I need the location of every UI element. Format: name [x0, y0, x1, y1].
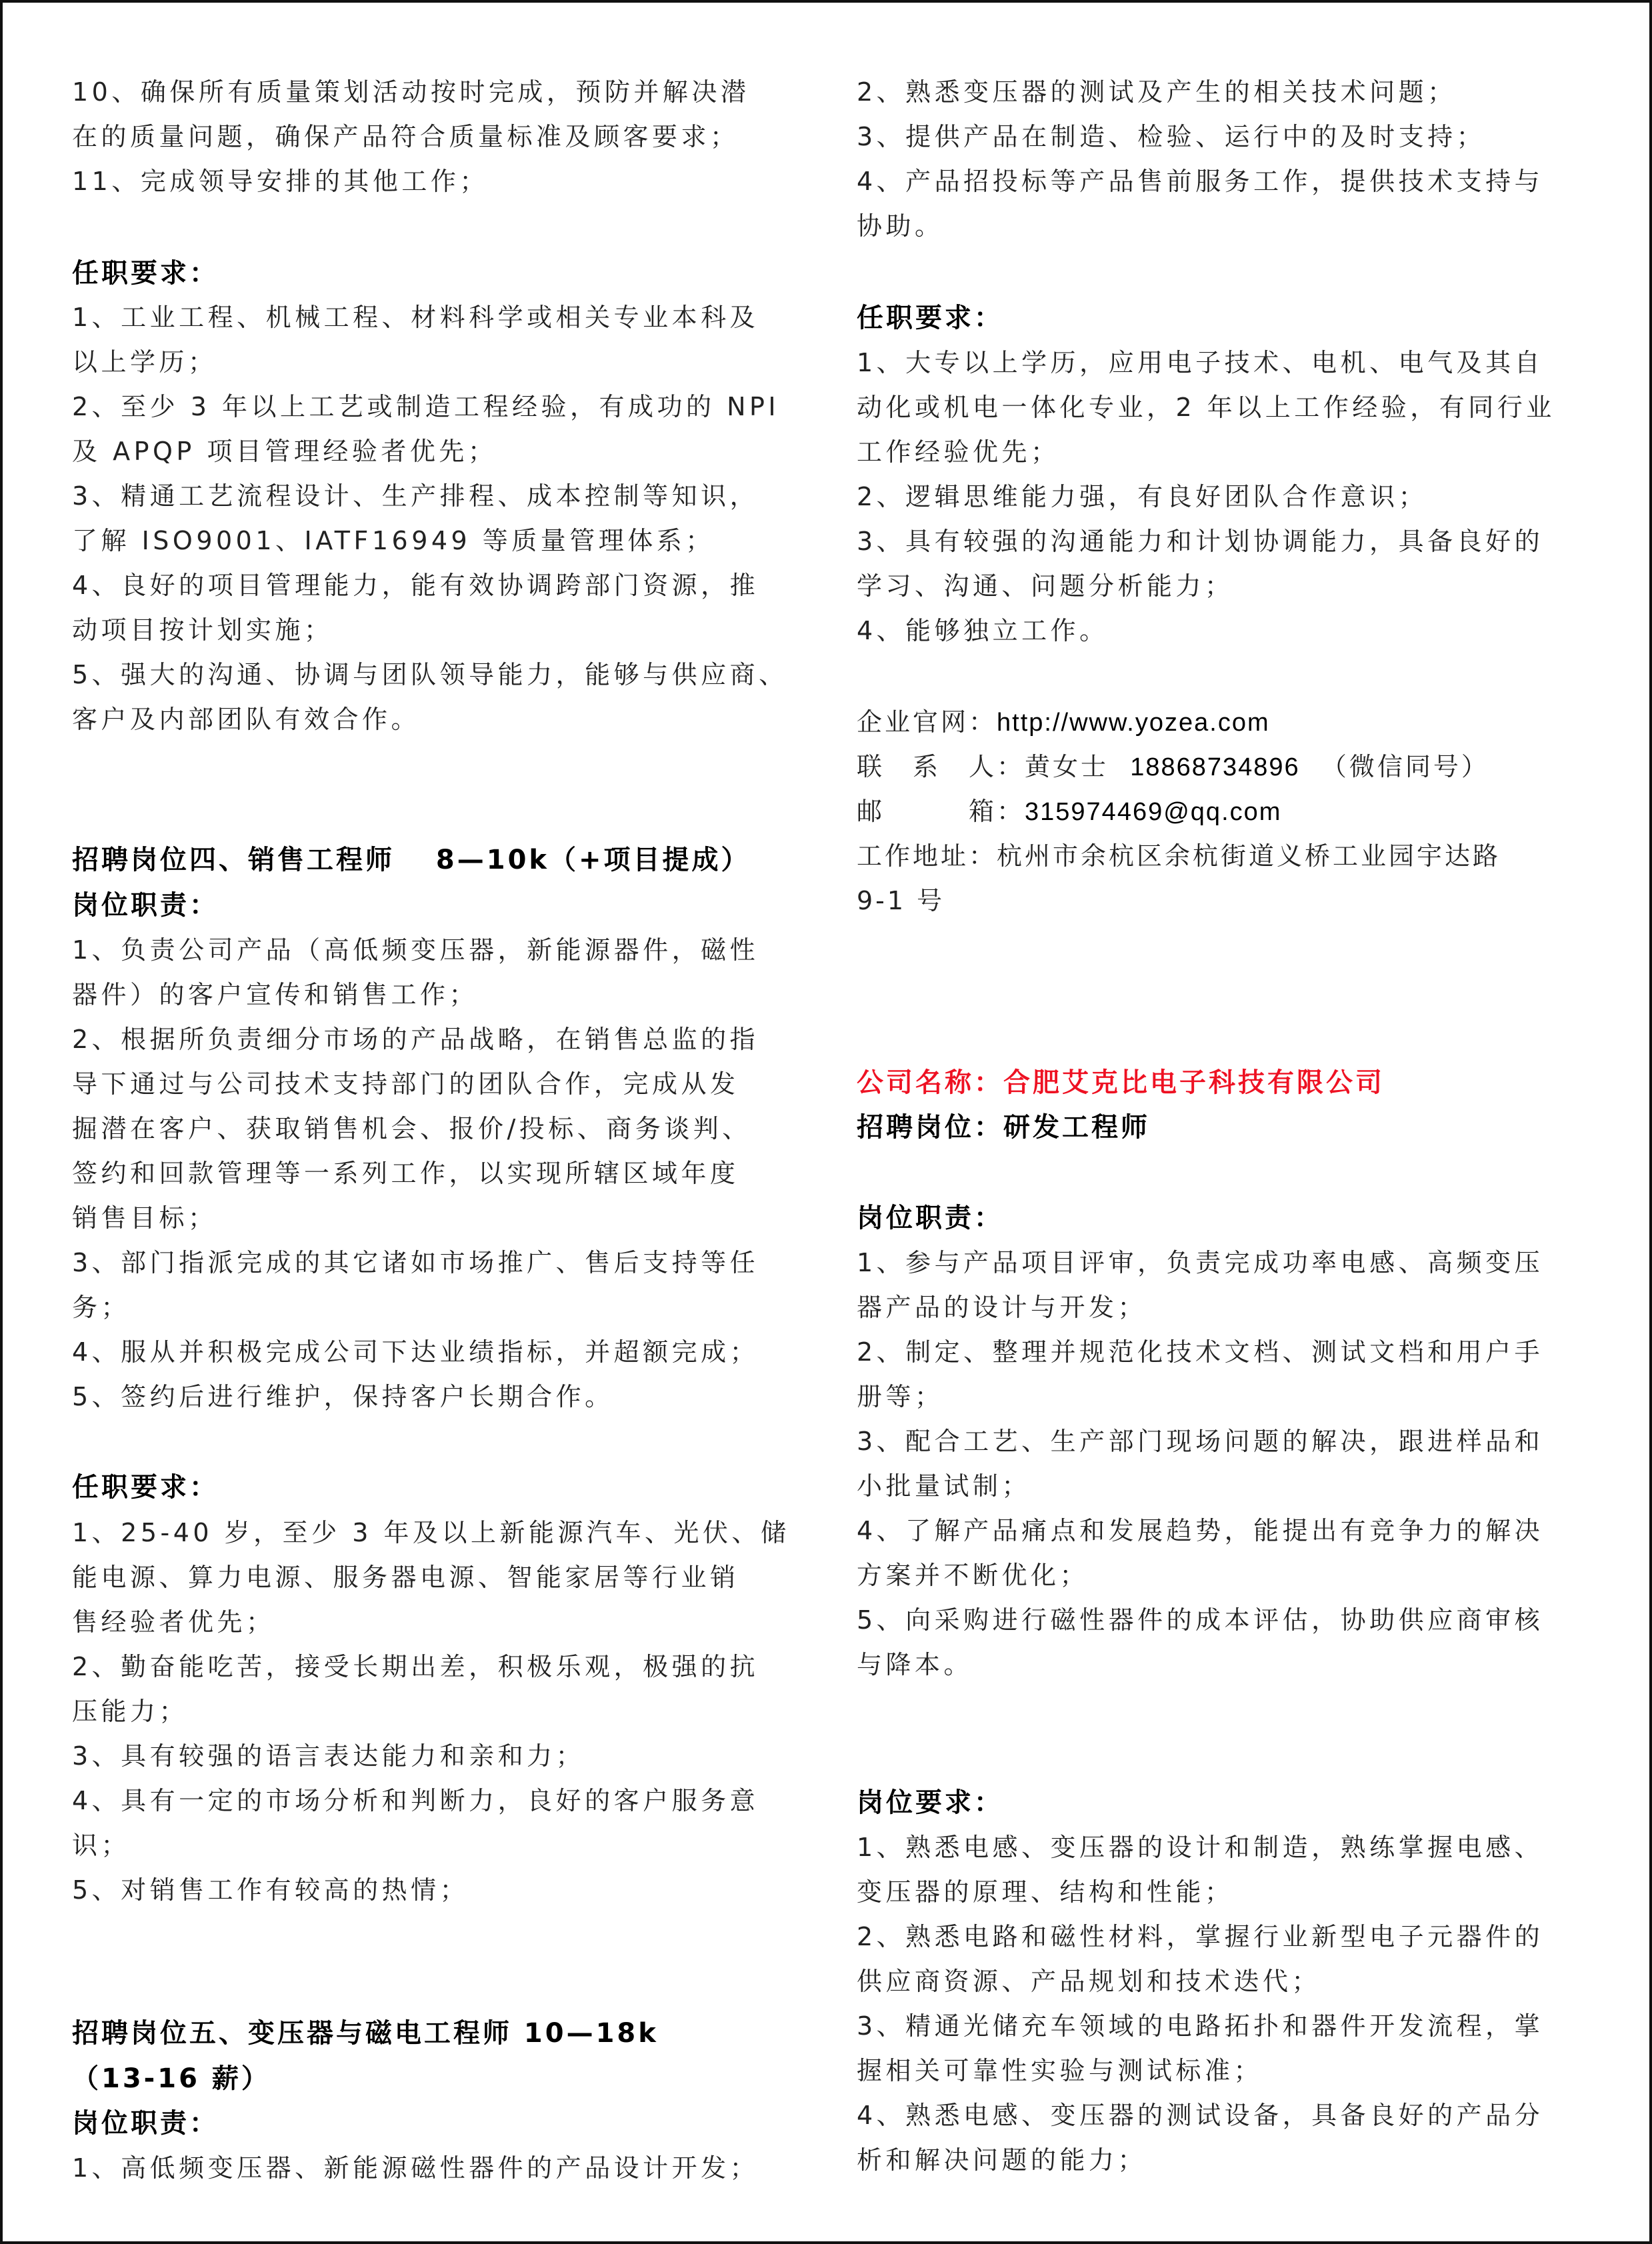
website-label: 企业官网： — [857, 707, 997, 737]
duty-line: 与降本。 — [857, 1648, 973, 1681]
requirement-line: 4、具有一定的市场分析和判断力，良好的客户服务意 — [72, 1784, 759, 1817]
contact-person-row: 联 系 人：黄女士 18868734896 （微信同号） — [857, 750, 1489, 784]
duty-line: 器件）的客户宣传和销售工作； — [72, 978, 478, 1011]
duty-line: 4、产品招投标等产品售前服务工作，提供技术支持与 — [857, 165, 1543, 198]
duty-line: 5、向采购进行磁性器件的成本评估，协助供应商审核 — [857, 1603, 1543, 1637]
requirement-line: 3、具有较强的沟通能力和计划协调能力，具备良好的 — [857, 525, 1543, 558]
website-link[interactable]: http://www.yozea.com — [997, 709, 1270, 737]
requirement-line: 识； — [72, 1829, 130, 1862]
duty-line: 10、确保所有质量策划活动按时完成，预防并解决潜 — [72, 75, 749, 109]
contact-address-row: 工作地址：杭州市余杭区余杭街道义桥工业园宇达路 — [857, 839, 1501, 873]
duty-line: 4、了解产品痛点和发展趋势，能提出有竞争力的解决 — [857, 1514, 1543, 1547]
requirement-line: 及 APQP 项目管理经验者优先； — [72, 435, 497, 468]
requirement-line: 4、熟悉电感、变压器的测试设备，具备良好的产品分 — [857, 2099, 1543, 2132]
section-heading-duties: 岗位职责： — [72, 2107, 219, 2140]
duty-line: 5、签约后进行维护，保持客户长期合作。 — [72, 1380, 614, 1413]
requirement-line: 客户及内部团队有效合作。 — [72, 703, 420, 736]
email-link[interactable]: 315974469@qq.com — [1025, 798, 1281, 826]
requirement-line: 能电源、算力电源、服务器电源、智能家居等行业销 — [72, 1561, 739, 1594]
company-name: 公司名称：合肥艾克比电子科技有限公司 — [857, 1066, 1385, 1099]
requirement-line: 2、熟悉电路和磁性材料，掌握行业新型电子元器件的 — [857, 1920, 1543, 1953]
duty-line: 册等； — [857, 1380, 944, 1413]
requirement-line: 3、精通工艺流程设计、生产排程、成本控制等知识， — [72, 479, 759, 513]
address-text-cont: 9-1 号 — [857, 886, 945, 915]
requirement-line: 5、强大的沟通、协调与团队领导能力，能够与供应商、 — [72, 658, 788, 691]
requirement-line: 1、熟悉电感、变压器的设计和制造，熟练掌握电感、 — [857, 1831, 1543, 1864]
position-title: 招聘岗位：研发工程师 — [857, 1111, 1150, 1144]
requirement-line: 5、对销售工作有较高的热情； — [72, 1873, 469, 1907]
contact-person-label: 联 系 人： — [857, 752, 1025, 781]
contact-phone[interactable]: 18868734896 — [1130, 753, 1299, 781]
position-5-salary-months: （13-16 薪） — [72, 2062, 271, 2095]
requirement-line: 2、逻辑思维能力强，有良好团队合作意识； — [857, 480, 1427, 513]
requirement-line: 1、工业工程、机械工程、材料科学或相关专业本科及 — [72, 301, 759, 334]
position-4-title: 招聘岗位四、销售工程师 8—10k（+项目提成） — [72, 843, 751, 877]
duty-line: 器产品的设计与开发； — [857, 1291, 1147, 1324]
duty-line: 1、参与产品项目评审，负责完成功率电感、高频变压 — [857, 1246, 1543, 1279]
duty-line: 方案并不断优化； — [857, 1559, 1089, 1592]
section-heading-requirements: 任职要求： — [72, 257, 219, 290]
requirement-line: 压能力； — [72, 1695, 188, 1728]
address-text: 杭州市余杭区余杭街道义桥工业园宇达路 — [997, 841, 1501, 871]
requirement-line: 工作经验优先； — [857, 435, 1060, 469]
requirement-line: 握相关可靠性实验与测试标准； — [857, 2054, 1263, 2087]
duty-line: 2、制定、整理并规范化技术文档、测试文档和用户手 — [857, 1335, 1543, 1369]
email-label: 邮 箱： — [857, 797, 1025, 826]
duty-line: 掘潜在客户、获取销售机会、报价/投标、商务谈判、 — [72, 1112, 751, 1145]
requirement-line: 2、勤奋能吃苦，接受长期出差，积极乐观，极强的抗 — [72, 1650, 759, 1683]
requirement-line: 售经验者优先； — [72, 1605, 275, 1639]
section-heading-duties: 岗位职责： — [857, 1201, 1003, 1235]
section-heading-duties: 岗位职责： — [72, 889, 219, 922]
requirement-line: 2、至少 3 年以上工艺或制造工程经验，有成功的 NPI — [72, 390, 779, 423]
duty-line: 3、部门指派完成的其它诸如市场推广、售后支持等任 — [72, 1246, 759, 1279]
section-heading-requirements: 任职要求： — [72, 1471, 219, 1504]
requirement-line: 动化或机电一体化专业，2 年以上工作经验，有同行业 — [857, 391, 1555, 424]
duty-line: 11、完成领导安排的其他工作； — [72, 165, 489, 198]
requirement-line: 动项目按计划实施； — [72, 613, 333, 647]
section-heading-requirements: 任职要求： — [857, 301, 1003, 335]
duty-line: 2、熟悉变压器的测试及产生的相关技术问题； — [857, 75, 1457, 109]
duty-line: 2、根据所负责细分市场的产品战略，在销售总监的指 — [72, 1023, 759, 1056]
requirement-line: 以上学历； — [72, 345, 217, 379]
duty-line: 3、提供产品在制造、检验、运行中的及时支持； — [857, 120, 1485, 153]
requirement-line: 1、大专以上学历，应用电子技术、电机、电气及其自 — [857, 346, 1543, 379]
duty-line: 在的质量问题，确保产品符合质量标准及顾客要求； — [72, 120, 739, 153]
requirement-line: 3、具有较强的语言表达能力和亲和力； — [72, 1739, 585, 1773]
duty-line: 协助。 — [857, 209, 944, 243]
contact-phone-note: （微信同号） — [1321, 752, 1489, 781]
duty-line: 1、高低频变压器、新能源磁性器件的产品设计开发； — [72, 2151, 759, 2185]
duty-line: 务； — [72, 1291, 130, 1324]
contact-email-row: 邮 箱：315974469@qq.com — [857, 795, 1281, 829]
duty-line: 1、负责公司产品（高低频变压器，新能源器件，磁性 — [72, 933, 759, 967]
section-heading-requirements: 岗位要求： — [857, 1786, 1003, 1819]
contact-person-name: 黄女士 — [1025, 752, 1109, 781]
address-label: 工作地址： — [857, 841, 997, 871]
duty-line: 签约和回款管理等一系列工作，以实现所辖区域年度 — [72, 1157, 739, 1190]
requirement-line: 析和解决问题的能力； — [857, 2143, 1147, 2177]
duty-line: 导下通过与公司技术支持部门的团队合作，完成从发 — [72, 1067, 739, 1101]
requirement-line: 4、能够独立工作。 — [857, 614, 1109, 647]
duty-line: 3、配合工艺、生产部门现场问题的解决，跟进样品和 — [857, 1425, 1543, 1458]
requirement-line: 3、精通光储充车领域的电路拓扑和器件开发流程，掌 — [857, 2009, 1543, 2043]
position-5-title: 招聘岗位五、变压器与磁电工程师 10—18k — [72, 2017, 659, 2050]
requirement-line: 了解 ISO9001、IATF16949 等质量管理体系； — [72, 524, 715, 557]
requirement-line: 变压器的原理、结构和性能； — [857, 1875, 1234, 1909]
requirement-line: 学习、沟通、问题分析能力； — [857, 569, 1234, 603]
requirement-line: 4、良好的项目管理能力，能有效协调跨部门资源，推 — [72, 569, 759, 602]
duty-line: 销售目标； — [72, 1201, 217, 1235]
requirement-line: 1、25-40 岁，至少 3 年及以上新能源汽车、光伏、储 — [72, 1516, 790, 1549]
contact-address-row-2: 9-1 号 — [857, 884, 945, 917]
duty-line: 4、服从并积极完成公司下达业绩指标，并超额完成； — [72, 1335, 759, 1369]
duty-line: 小批量试制； — [857, 1469, 1031, 1503]
requirement-line: 供应商资源、产品规划和技术迭代； — [857, 1965, 1321, 1998]
contact-website-row: 企业官网：http://www.yozea.com — [857, 705, 1270, 739]
